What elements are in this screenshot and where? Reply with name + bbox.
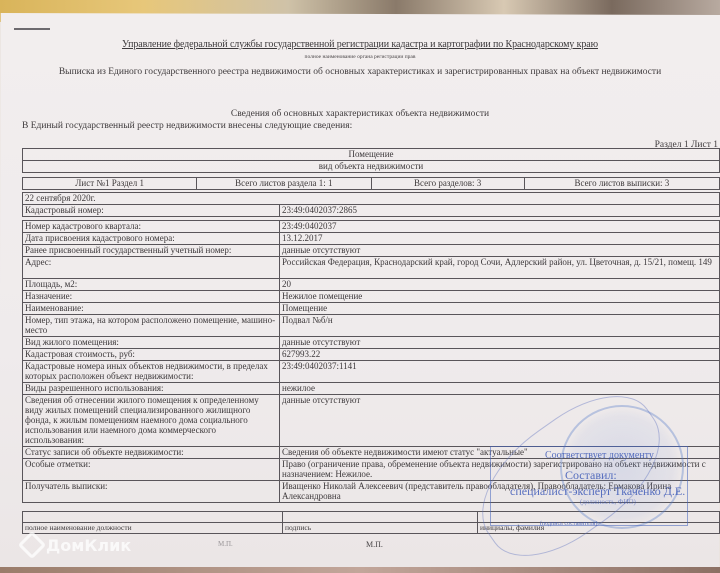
position-caption: полное наименование должности — [23, 523, 283, 534]
object-type-caption: вид объекта недвижимости — [23, 161, 720, 173]
row-label: Статус записи об объекте недвижимости: — [23, 447, 280, 459]
table-row: Назначение:Нежилое помещение — [23, 291, 720, 303]
photo-background-bottom — [0, 567, 720, 573]
row-label: Кадастровая стоимость, руб: — [23, 349, 280, 361]
agency-name: Управление федеральной службы государств… — [0, 39, 720, 50]
row-value: данные отсутствуют — [280, 245, 720, 257]
row-value: 627993.22 — [280, 349, 720, 361]
object-type: Помещение — [23, 149, 720, 161]
row-value: Российская Федерация, Краснодарский край… — [280, 257, 720, 279]
extract-date: 22 сентября 2020г. — [23, 193, 720, 205]
table-row: Вид жилого помещения:данные отсутствуют — [23, 337, 720, 349]
signature-caption: подпись — [283, 523, 478, 534]
table-row: Номер кадастрового квартала:23:49:040203… — [23, 221, 720, 233]
row-value: 23:49:0402037:1141 — [280, 361, 720, 383]
row-value: Нежилое помещение — [280, 291, 720, 303]
section-title: Сведения об основных характеристиках объ… — [0, 109, 720, 119]
table-row: Наименование:Помещение — [23, 303, 720, 315]
stamp-line-1: Соответствует документу — [545, 450, 654, 461]
row-label: Особые отметки: — [23, 459, 280, 481]
row-value: Подвал №б/н — [280, 315, 720, 337]
row-label: Номер кадастрового квартала: — [23, 221, 280, 233]
row-label: Кадастровые номера иных объектов недвижи… — [23, 361, 280, 383]
row-label: Адрес: — [23, 257, 280, 279]
row-label: Наименование: — [23, 303, 280, 315]
row-label: Назначение: — [23, 291, 280, 303]
row-value: 20 — [280, 279, 720, 291]
table-row: Виды разрешенного использования:нежилое — [23, 383, 720, 395]
sheet-meta-table: Лист №1 Раздел 1 Всего листов раздела 1:… — [22, 177, 720, 190]
seal-placeholder: М.П. — [366, 540, 383, 549]
table-row: Ранее присвоенный государственный учетны… — [23, 245, 720, 257]
sheet-number: Лист №1 Раздел 1 — [23, 178, 197, 190]
stamp-line-5: (подпись составителя) — [540, 521, 597, 527]
row-label: Ранее присвоенный государственный учетны… — [23, 245, 280, 257]
agency-caption: полное наименование органа регистрации п… — [0, 54, 720, 60]
row-label: Получатель выписки: — [23, 481, 280, 503]
document-title: Выписка из Единого государственного реес… — [0, 67, 720, 77]
row-label: Вид жилого помещения: — [23, 337, 280, 349]
watermark-text: ДомКлик — [46, 536, 131, 555]
row-label: Номер, тип этажа, на котором расположено… — [23, 315, 280, 337]
table-row: Адрес:Российская Федерация, Краснодарски… — [23, 257, 720, 279]
decorative-dash — [14, 28, 50, 30]
row-value: нежилое — [280, 383, 720, 395]
row-value: данные отсутствуют — [280, 337, 720, 349]
object-type-table: Помещение вид объекта недвижимости — [22, 148, 720, 173]
stamp-line-4: (должность, ФИО) — [580, 498, 636, 506]
table-row: Кадастровые номера иных объектов недвижи… — [23, 361, 720, 383]
sheets-total: Всего листов выписки: 3 — [524, 178, 719, 190]
row-label: Дата присвоения кадастрового номера: — [23, 233, 280, 245]
row-label: Площадь, м2: — [23, 279, 280, 291]
table-row: Номер, тип этажа, на котором расположено… — [23, 315, 720, 337]
cadastral-table: Кадастровый номер: 23:49:0402037:2865 — [22, 204, 720, 217]
cadastral-value: 23:49:0402037:2865 — [280, 205, 720, 217]
watermark: ДомКлик — [22, 535, 131, 555]
table-row: Дата присвоения кадастрового номера:13.1… — [23, 233, 720, 245]
cadastral-label: Кадастровый номер: — [23, 205, 280, 217]
sheets-in-section: Всего листов раздела 1: 1 — [197, 178, 371, 190]
table-row: Кадастровая стоимость, руб:627993.22 — [23, 349, 720, 361]
row-value: 23:49:0402037 — [280, 221, 720, 233]
stamp-line-2: Составил: — [565, 468, 617, 483]
table-row: Площадь, м2:20 — [23, 279, 720, 291]
sections-total: Всего разделов: 3 — [371, 178, 524, 190]
row-value: Помещение — [280, 303, 720, 315]
row-label: Сведения об отнесении жилого помещения к… — [23, 395, 280, 447]
row-label: Виды разрешенного использования: — [23, 383, 280, 395]
stamp-line-3: специалист-эксперт Ткаченко Д.Е. — [510, 484, 685, 499]
seal-placeholder-faded: М.П. — [218, 540, 233, 548]
intro-text: В Единый государственный реестр недвижим… — [22, 121, 352, 131]
row-value: 13.12.2017 — [280, 233, 720, 245]
house-icon — [18, 531, 46, 559]
